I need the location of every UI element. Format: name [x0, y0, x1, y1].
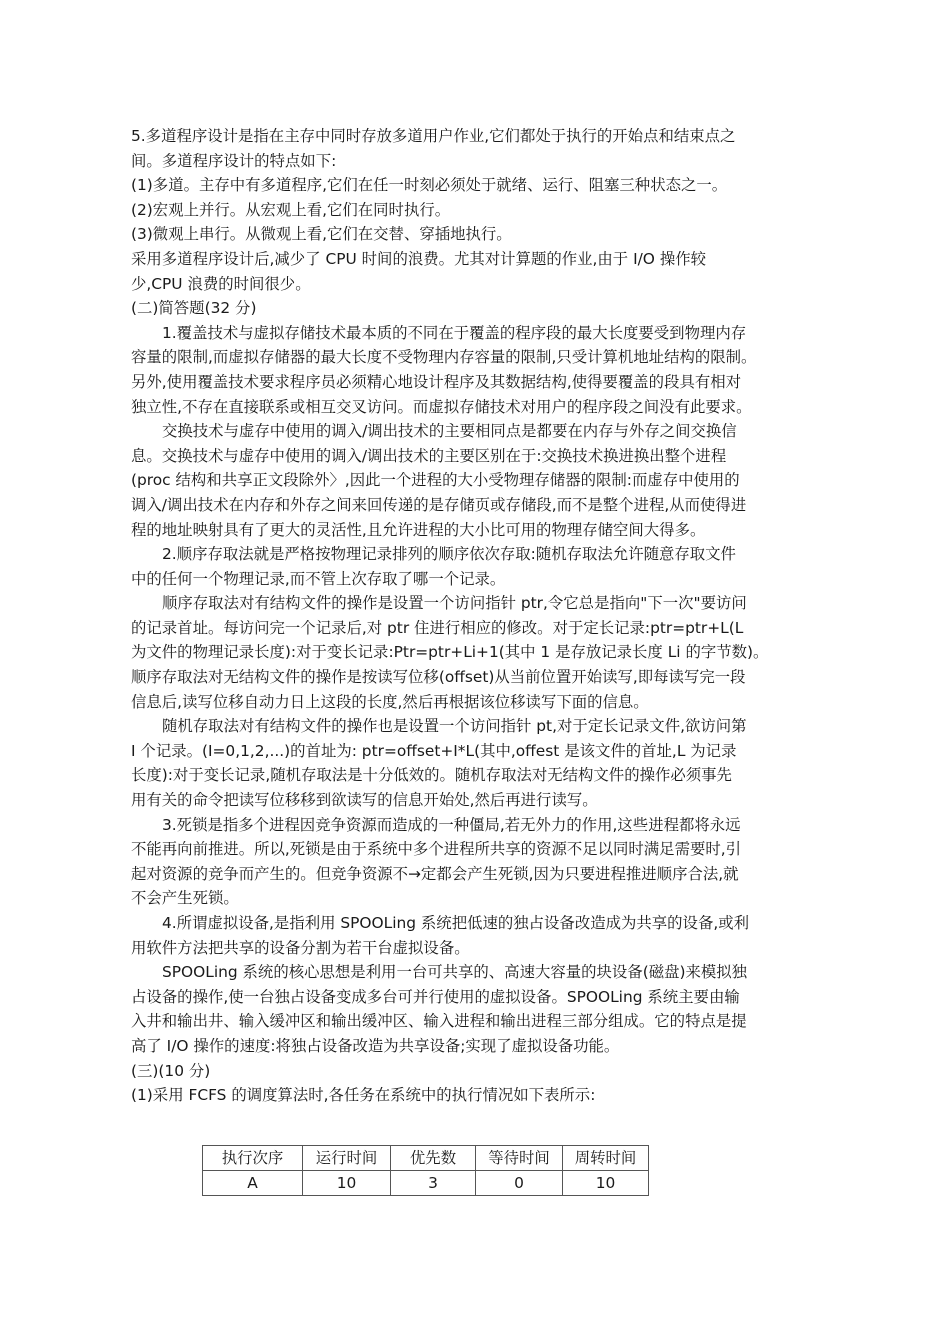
table-cell: 10	[563, 1171, 649, 1196]
text-line: 容量的限制,而虚拟存储器的最大长度不受物理内存容量的限制,只受计算机地址结构的限…	[131, 345, 803, 370]
table-cell: 0	[476, 1171, 563, 1196]
table-cell: A	[203, 1171, 303, 1196]
text-line: 调入/调出技术在内存和外存之间来回传递的是存储页或存储段,而不是整个进程,从而使…	[131, 493, 803, 518]
text-line: 信息后,读写位移自动力日上这段的长度,然后再根据该位移读写下面的信息。	[131, 690, 803, 715]
text-line: 采用多道程序设计后,减少了 CPU 时间的浪费。尤其对计算题的作业,由于 I/O…	[131, 247, 803, 272]
paragraph-start: 1.覆盖技术与虚拟存储技术最本质的不同在于覆盖的程序段的最大长度要受到物理内存	[131, 321, 803, 346]
text-line: 独立性,不存在直接联系或相互交叉访问。而虚拟存储技术对用户的程序段之间没有此要求…	[131, 395, 803, 420]
table-header-cell: 等待时间	[476, 1146, 563, 1171]
paragraph-start: SPOOLing 系统的核心思想是利用一台可共享的、高速大容量的块设备(磁盘)来…	[131, 960, 803, 985]
paragraph-start: 3.死锁是指多个进程因竞争资源而造成的一种僵局,若无外力的作用,这些进程都将永远	[131, 813, 803, 838]
text-line: 入井和输出井、输入缓冲区和输出缓冲区、输入进程和输出进程三部分组成。它的特点是提	[131, 1009, 803, 1034]
table-header-cell: 执行次序	[203, 1146, 303, 1171]
text-line: 高了 I/O 操作的速度:将独占设备改造为共享设备;实现了虚拟设备功能。	[131, 1034, 803, 1059]
text-line: 起对资源的竞争而产生的。但竞争资源不→定都会产生死锁,因为只要进程推进顺序合法,…	[131, 862, 803, 887]
text-line: 为文件的物理记录长度):对于变长记录:Ptr=ptr+Li+1(其中 1 是存放…	[131, 640, 803, 665]
section-heading: (三)(10 分)	[131, 1059, 803, 1084]
text-line: 顺序存取法对无结构文件的操作是按读写位移(offset)从当前位置开始读写,即每…	[131, 665, 803, 690]
text-line: 的记录首址。每访问完一个记录后,对 ptr 住进行相应的修改。对于定长记录:pt…	[131, 616, 803, 641]
text-line: 息。交换技术与虚存中使用的调入/调出技术的主要区别在于:交换技术换进换出整个进程	[131, 444, 803, 469]
document-body: 5.多道程序设计是指在主存中同时存放多道用户作业,它们都处于执行的开始点和结束点…	[131, 124, 803, 1108]
text-line: 少,CPU 浪费的时间很少。	[131, 272, 803, 297]
table-header-cell: 运行时间	[303, 1146, 391, 1171]
text-line: (proc 结构和共享正文段除外〉,因此一个进程的大小受物理存储器的限制:而虚存…	[131, 468, 803, 493]
table-cell: 10	[303, 1171, 391, 1196]
list-item: (1)多道。主存中有多道程序,它们在任一时刻必须处于就绪、运行、阻塞三种状态之一…	[131, 173, 803, 198]
text-line: 长度):对于变长记录,随机存取法是十分低效的。随机存取法对无结构文件的操作必须事…	[131, 763, 803, 788]
list-item: (3)微观上串行。从微观上看,它们在交替、穿插地执行。	[131, 222, 803, 247]
text-line: (1)采用 FCFS 的调度算法时,各任务在系统中的执行情况如下表所示:	[131, 1083, 803, 1108]
table-row: A 10 3 0 10	[203, 1171, 649, 1196]
text-line: 不会产生死锁。	[131, 886, 803, 911]
section-heading: (二)简答题(32 分)	[131, 296, 803, 321]
table-header-row: 执行次序 运行时间 优先数 等待时间 周转时间	[203, 1146, 649, 1171]
text-line: I 个记录。(I=0,1,2,...)的首址为: ptr=offset+I*L(…	[131, 739, 803, 764]
text-line: 不能再向前推进。所以,死锁是由于系统中多个进程所共享的资源不足以同时满足需要时,…	[131, 837, 803, 862]
text-line: 用软件方法把共享的设备分割为若干台虚拟设备。	[131, 936, 803, 961]
paragraph-start: 4.所谓虚拟设备,是指利用 SPOOLing 系统把低速的独占设备改造成为共享的…	[131, 911, 803, 936]
text-line: 间。多道程序设计的特点如下:	[131, 149, 803, 174]
text-line: 中的任何一个物理记录,而不管上次存取了哪一个记录。	[131, 567, 803, 592]
paragraph-start: 顺序存取法对有结构文件的操作是设置一个访问指针 ptr,令它总是指向"下一次"要…	[131, 591, 803, 616]
text-line: 程的地址映射具有了更大的灵活性,且允许进程的大小比可用的物理存储空间大得多。	[131, 518, 803, 543]
table-cell: 3	[391, 1171, 476, 1196]
text-line: 另外,使用覆盖技术要求程序员必须精心地设计程序及其数据结构,使得要覆盖的段具有相…	[131, 370, 803, 395]
paragraph-start: 交换技术与虚存中使用的调入/调出技术的主要相同点是都要在内存与外存之间交换信	[131, 419, 803, 444]
table-header-cell: 优先数	[391, 1146, 476, 1171]
text-line: 5.多道程序设计是指在主存中同时存放多道用户作业,它们都处于执行的开始点和结束点…	[131, 124, 803, 149]
paragraph-start: 随机存取法对有结构文件的操作也是设置一个访问指针 pt,对于定长记录文件,欲访问…	[131, 714, 803, 739]
fcfs-result-table: 执行次序 运行时间 优先数 等待时间 周转时间 A 10 3 0 10	[202, 1145, 649, 1196]
text-line: 占设备的操作,使一台独占设备变成多台可并行使用的虚拟设备。SPOOLing 系统…	[131, 985, 803, 1010]
text-line: 用有关的命令把读写位移移到欲读写的信息开始处,然后再进行读写。	[131, 788, 803, 813]
paragraph-start: 2.顺序存取法就是严格按物理记录排列的顺序依次存取:随机存取法允许随意存取文件	[131, 542, 803, 567]
table-header-cell: 周转时间	[563, 1146, 649, 1171]
list-item: (2)宏观上并行。从宏观上看,它们在同时执行。	[131, 198, 803, 223]
